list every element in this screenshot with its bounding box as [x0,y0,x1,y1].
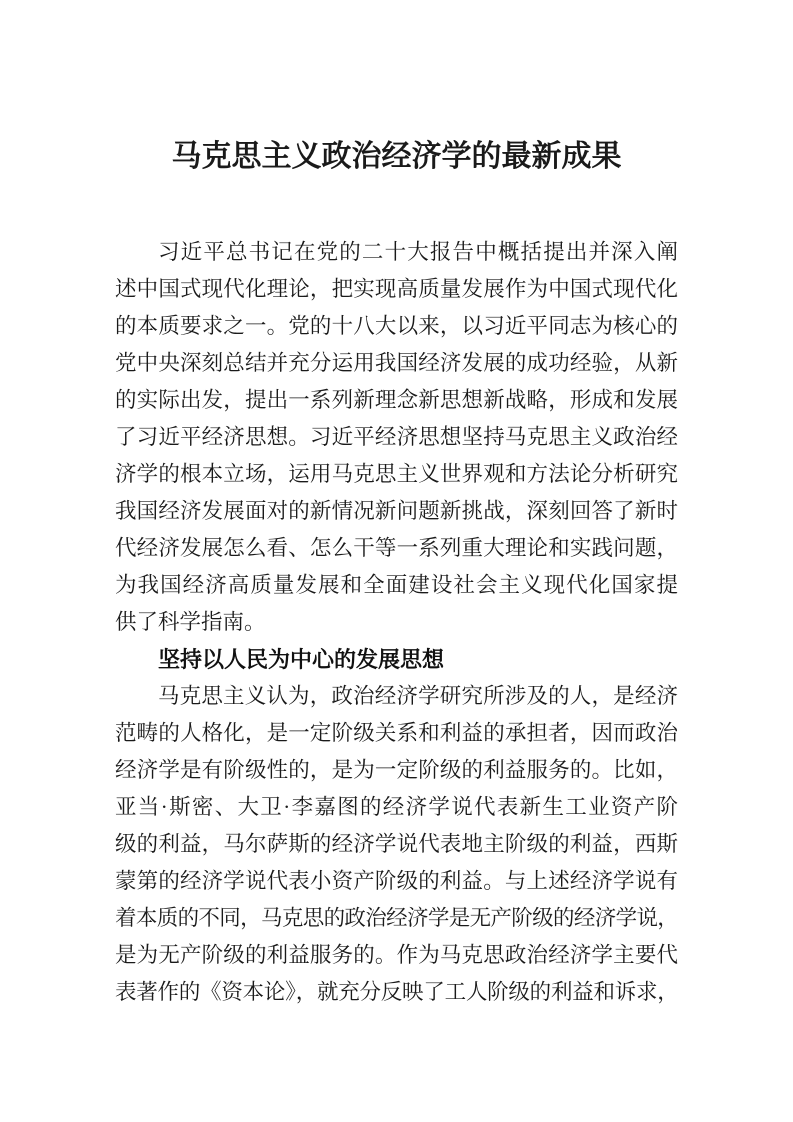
text-line: 供了科学指南。 [115,604,678,641]
document-page: 马克思主义政治经济学的最新成果 习近平总书记在党的二十大报告中概括提出并深入阐 … [0,0,793,1122]
text-line: 的实际出发，提出一系列新理念新思想新战略，形成和发展 [115,382,678,419]
text-line: 了习近平经济思想。习近平经济思想坚持马克思主义政治经 [115,419,678,456]
section-subheading: 坚持以人民为中心的发展思想 [115,641,678,678]
text-line: 着本质的不同，马克思的政治经济学是无产阶级的经济学说， [115,900,678,937]
paragraph-1: 习近平总书记在党的二十大报告中概括提出并深入阐 述中国式现代化理论，把实现高质量… [115,234,678,641]
text-line: 经济学是有阶级性的，是为一定阶级的利益服务的。比如， [115,752,678,789]
text-line: 亚当·斯密、大卫·李嘉图的经济学说代表新生工业资产阶 [115,789,678,826]
paragraph-2: 马克思主义认为，政治经济学研究所涉及的人，是经济 范畴的人格化，是一定阶级关系和… [115,678,678,1011]
text-line: 的本质要求之一。党的十八大以来，以习近平同志为核心的 [115,308,678,345]
text-line: 是为无产阶级的利益服务的。作为马克思政治经济学主要代 [115,937,678,974]
text-line: 代经济发展怎么看、怎么干等一系列重大理论和实践问题， [115,530,678,567]
text-line: 马克思主义认为，政治经济学研究所涉及的人，是经济 [115,678,678,715]
document-content: 马克思主义政治经济学的最新成果 习近平总书记在党的二十大报告中概括提出并深入阐 … [115,137,678,1011]
text-line: 表著作的《资本论》，就充分反映了工人阶级的利益和诉求， [115,974,678,1011]
text-line: 为我国经济高质量发展和全面建设社会主义现代化国家提 [115,567,678,604]
text-line: 级的利益，马尔萨斯的经济学说代表地主阶级的利益，西斯 [115,826,678,863]
text-line: 蒙第的经济学说代表小资产阶级的利益。与上述经济学说有 [115,863,678,900]
text-line: 党中央深刻总结并充分运用我国经济发展的成功经验，从新 [115,345,678,382]
text-line: 述中国式现代化理论，把实现高质量发展作为中国式现代化 [115,271,678,308]
document-title: 马克思主义政治经济学的最新成果 [115,137,678,177]
text-line: 习近平总书记在党的二十大报告中概括提出并深入阐 [115,234,678,271]
text-line: 范畴的人格化，是一定阶级关系和利益的承担者，因而政治 [115,715,678,752]
text-line: 我国经济发展面对的新情况新问题新挑战，深刻回答了新时 [115,493,678,530]
text-line: 济学的根本立场，运用马克思主义世界观和方法论分析研究 [115,456,678,493]
